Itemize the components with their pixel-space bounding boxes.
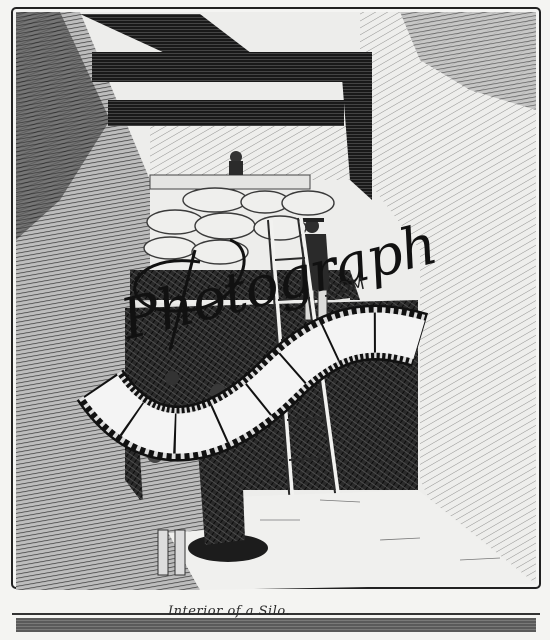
engraving-artwork xyxy=(0,0,550,640)
artwork-caption: Interior of a Silo. xyxy=(168,604,290,619)
engraving-svg xyxy=(0,0,550,640)
